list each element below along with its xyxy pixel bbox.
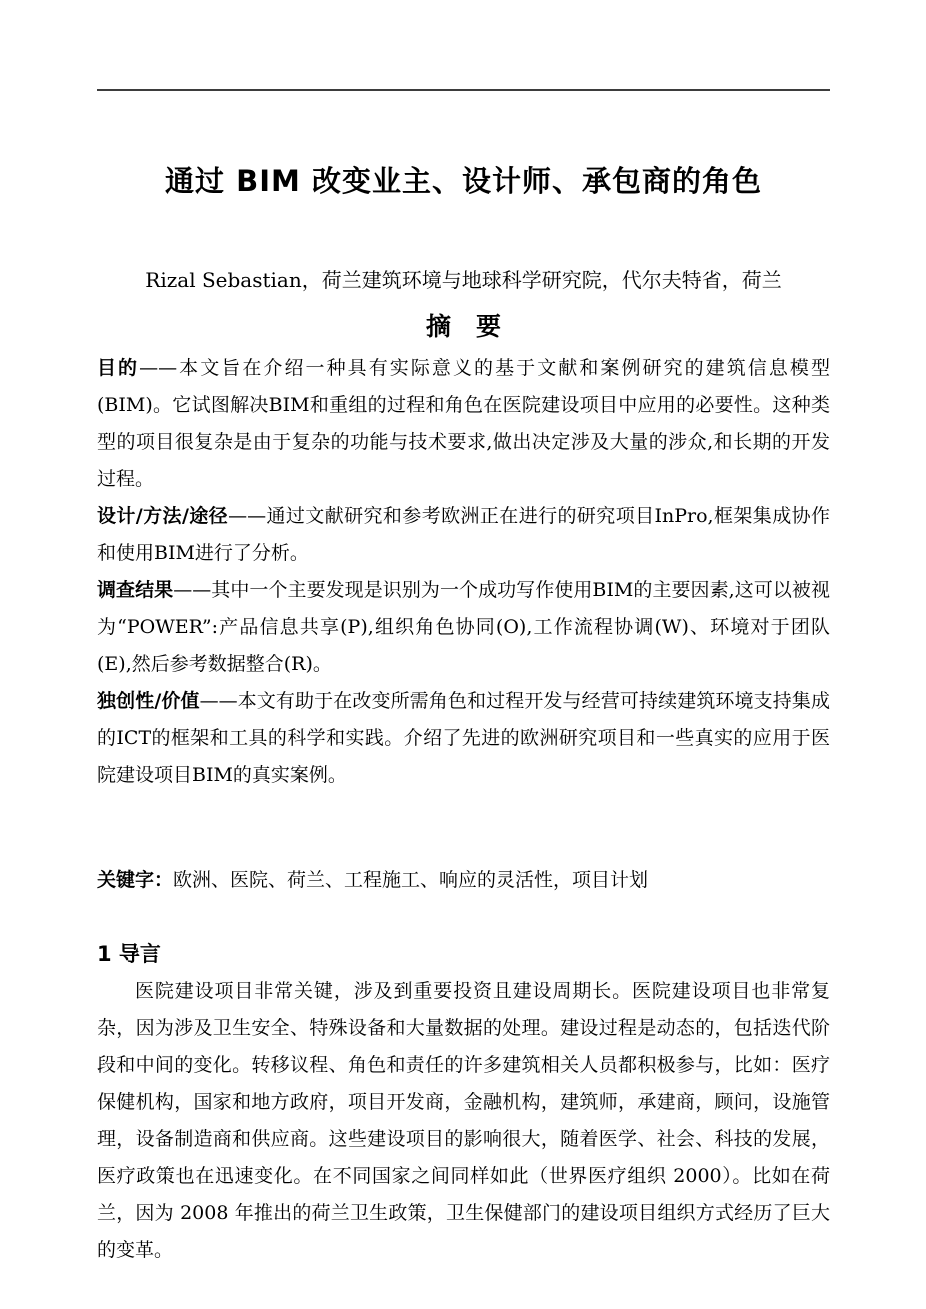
abstract-paragraph-purpose: 目的——本文旨在介绍一种具有实际意义的基于文献和案例研究的建筑信息模型(BIM)…	[97, 350, 830, 498]
abstract-paragraph-method: 设计/方法/途径——通过文献研究和参考欧洲正在进行的研究项目InPro,框架集成…	[97, 498, 830, 572]
section-heading-introduction: 1 导言	[97, 936, 830, 973]
divider-line	[97, 89, 830, 91]
keywords-line: 关键字：欧洲、医院、荷兰、工程施工、响应的灵活性，项目计划	[97, 862, 830, 899]
abstract-label-findings: 调查结果	[97, 579, 173, 601]
abstract-label-method: 设计/方法/途径	[97, 505, 228, 527]
introduction-paragraph: 医院建设项目非常关键，涉及到重要投资且建设周期长。医院建设项目也非常复杂，因为涉…	[97, 973, 830, 1269]
author-line: Rizal Sebastian，荷兰建筑环境与地球科学研究院，代尔夫特省，荷兰	[97, 265, 830, 295]
paper-title: 通过 BIM 改变业主、设计师、承包商的角色	[97, 161, 830, 201]
abstract-text-findings: ——其中一个主要发现是识别为一个成功写作使用BIM的主要因素,这可以被视为“PO…	[97, 579, 830, 675]
abstract-label-originality: 独创性/价值	[97, 690, 200, 712]
abstract-section: 目的——本文旨在介绍一种具有实际意义的基于文献和案例研究的建筑信息模型(BIM)…	[97, 350, 830, 794]
keywords-label: 关键字：	[97, 869, 173, 891]
abstract-text-originality: ——本文有助于在改变所需角色和过程开发与经营可持续建筑环境支持集成的ICT的框架…	[97, 690, 830, 786]
abstract-text-purpose: ——本文旨在介绍一种具有实际意义的基于文献和案例研究的建筑信息模型(BIM)。它…	[97, 357, 830, 490]
abstract-paragraph-originality: 独创性/价值——本文有助于在改变所需角色和过程开发与经营可持续建筑环境支持集成的…	[97, 683, 830, 794]
abstract-paragraph-findings: 调查结果——其中一个主要发现是识别为一个成功写作使用BIM的主要因素,这可以被视…	[97, 572, 830, 683]
document-page: 通过 BIM 改变业主、设计师、承包商的角色 Rizal Sebastian，荷…	[0, 0, 926, 1309]
keywords-text: 欧洲、医院、荷兰、工程施工、响应的灵活性，项目计划	[173, 869, 648, 891]
abstract-heading: 摘 要	[97, 309, 830, 345]
abstract-label-purpose: 目的	[97, 357, 139, 379]
